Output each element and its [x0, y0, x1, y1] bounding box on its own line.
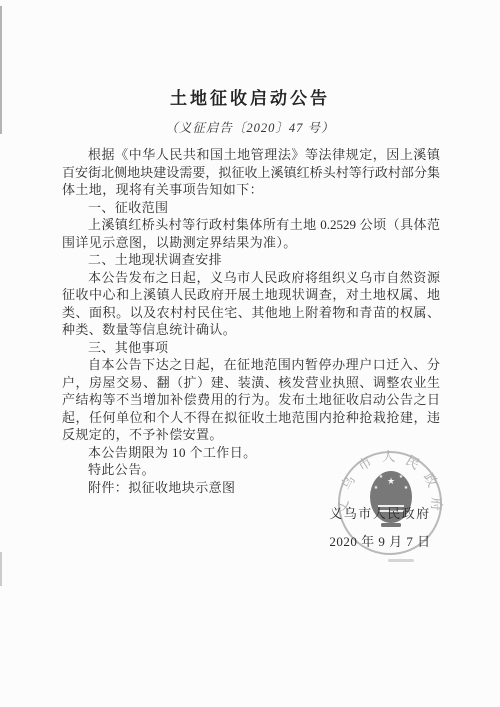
document-title: 土地征收启动公告: [0, 84, 500, 109]
scan-edge-artifact: [0, 552, 2, 586]
signature-date: 2020 年 9 月 7 日: [310, 531, 450, 550]
body-line: 自本公告下达之日起，在征地范围内暂停办理户口迁入、分: [62, 356, 440, 374]
body-line: 百安街北侧地块建设需要，拟征收上溪镇红桥头村等行政村部分集: [62, 164, 440, 182]
svg-text:★: ★: [399, 474, 404, 480]
body-line: 征收中心和上溪镇人民政府开展土地现状调查，对土地权属、地: [62, 286, 440, 304]
body-line: 户，房屋交易、翻（扩）建、装潢、核发营业执照、调整农业生: [62, 374, 440, 392]
body-line: 围详见示意图，以勘测定界结果为准）。: [62, 234, 440, 252]
body-line: 种类、数量等信息统计确认。: [62, 321, 440, 339]
body-line: 反规定的，不予补偿安置。: [62, 426, 440, 444]
body-line: 体土地，现将有关事项告知如下：: [62, 181, 440, 199]
body-line: 根据《中华人民共和国土地管理法》等法律规定，因上溪镇: [62, 146, 440, 164]
document-number: （义征启告〔2020〕47 号）: [0, 118, 500, 136]
svg-text:★: ★: [379, 474, 384, 480]
svg-text:★: ★: [404, 485, 409, 491]
section-heading: 二、土地现状调查安排: [62, 251, 440, 269]
body-line: 类、面积。以及农村村民住宅、其他地上附着物和青苗的权属、: [62, 304, 440, 322]
body-line: 产结构等不当增加补偿费用的行为。发布土地征收启动公告之日: [62, 391, 440, 409]
body-line: 上溪镇红桥头村等行政村集体所有土地 0.2529 公顷（具体范: [62, 216, 440, 234]
section-heading: 三、其他事项: [62, 339, 440, 357]
svg-text:★: ★: [387, 476, 395, 486]
scanned-notice-page: 土地征收启动公告 （义征启告〔2020〕47 号） 根据《中华人民共和国土地管理…: [0, 0, 500, 707]
svg-text:★: ★: [374, 485, 379, 491]
signature-authority: 义乌市人民政府: [310, 503, 450, 522]
body-line: 起，任何单位和个人不得在拟征收土地范围内抢种抢栽抢建，违: [62, 409, 440, 427]
scan-edge-artifact: [0, 6, 2, 134]
signature-block: 义乌市人民政府 2020 年 9 月 7 日: [310, 503, 450, 550]
section-heading: 一、征收范围: [62, 199, 440, 217]
document-body: 根据《中华人民共和国土地管理法》等法律规定，因上溪镇 百安街北侧地块建设需要，拟…: [62, 146, 440, 496]
body-line: 本公告发布之日起，义乌市人民政府将组织义乌市自然资源: [62, 269, 440, 287]
